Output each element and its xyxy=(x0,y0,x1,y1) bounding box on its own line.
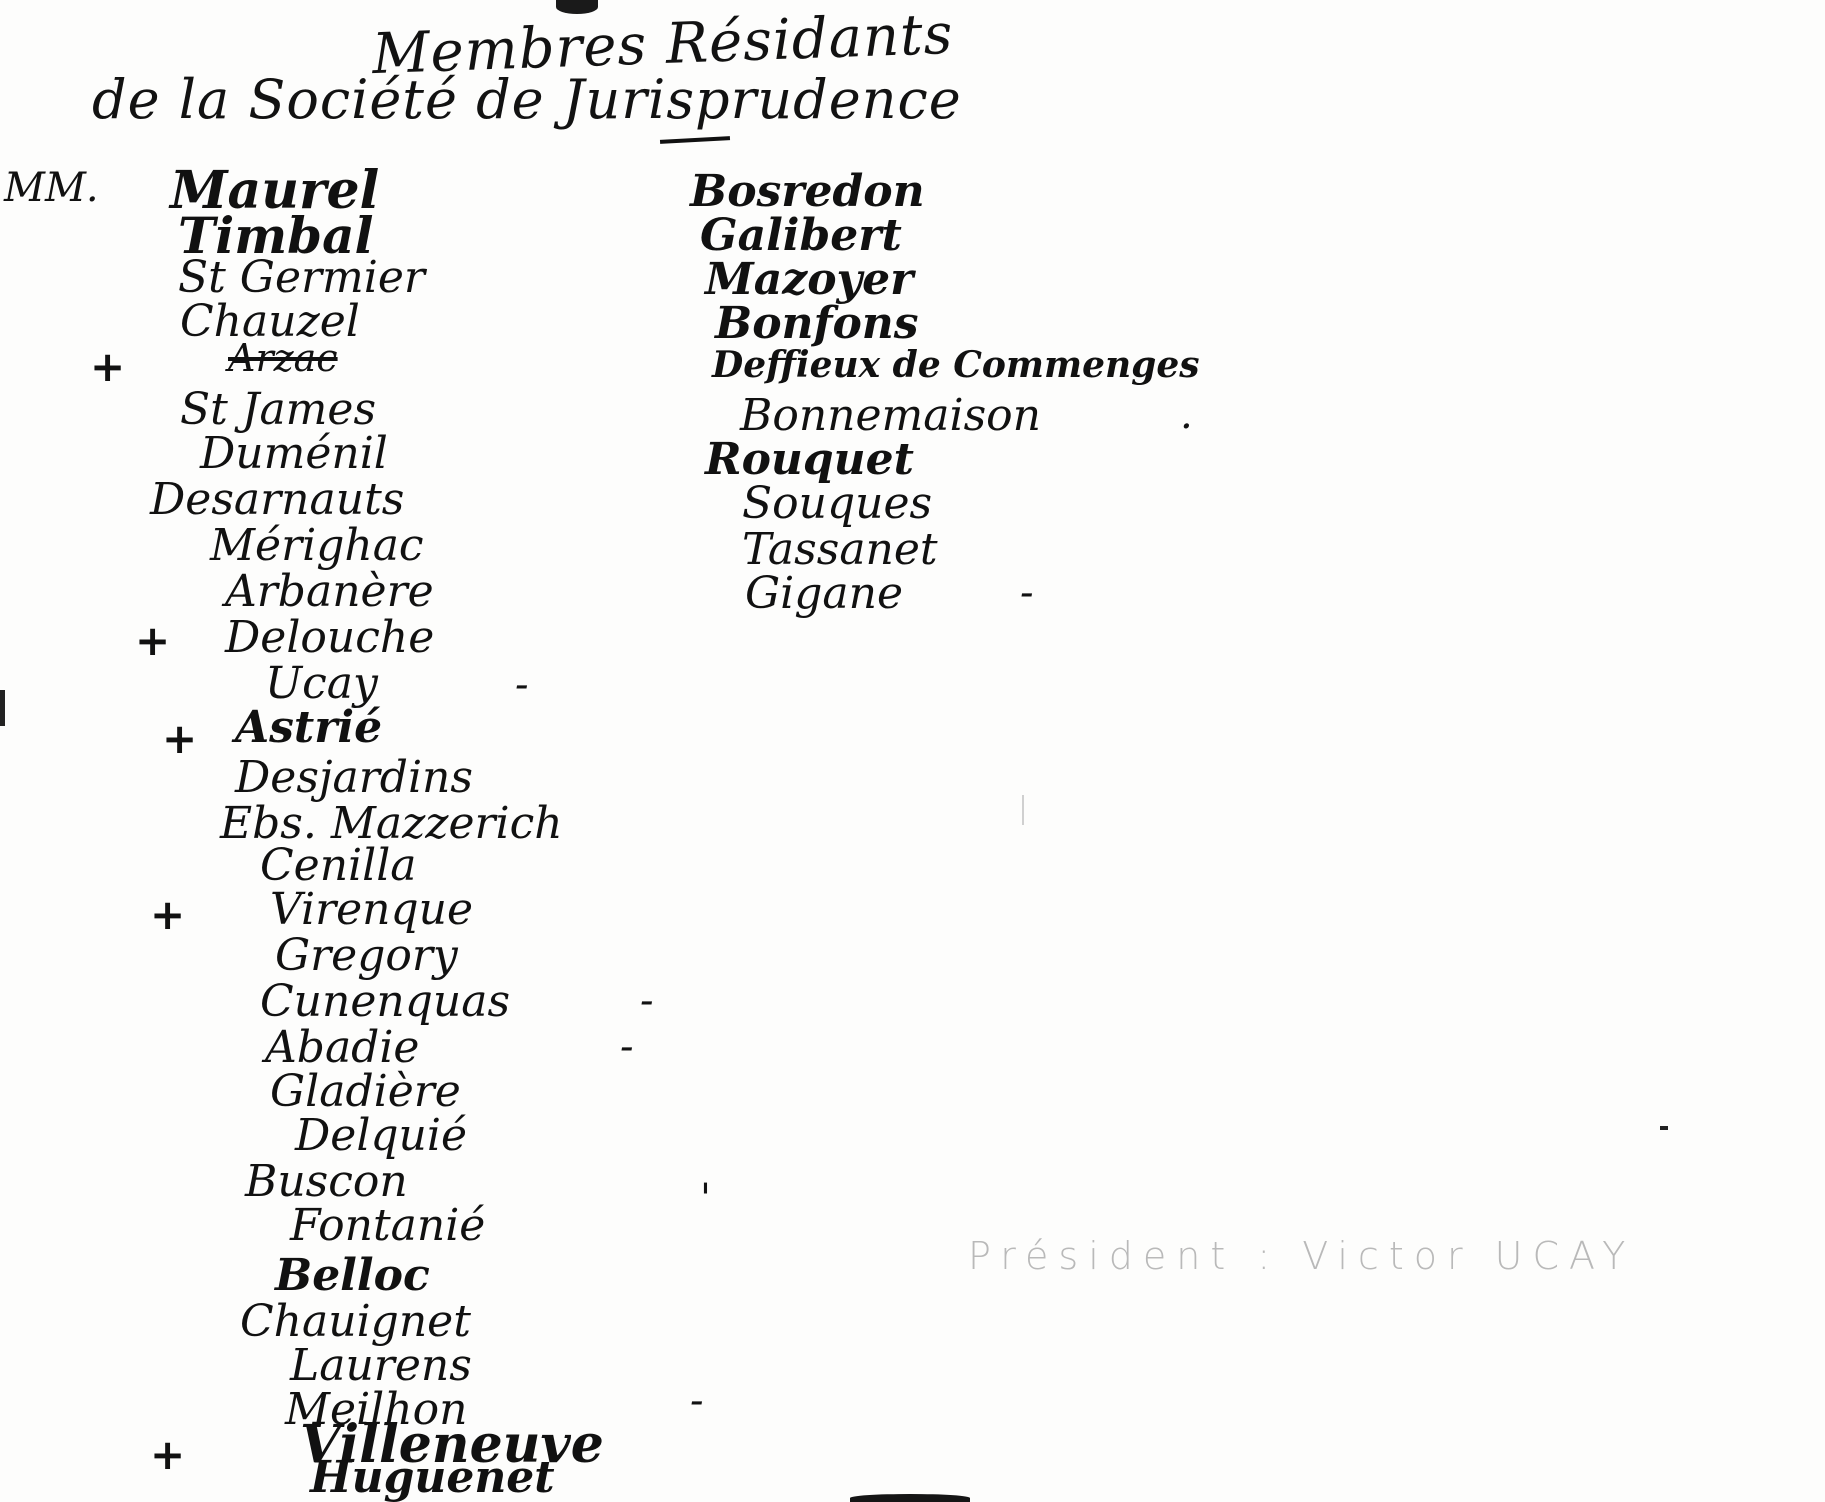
trailing-dash: - xyxy=(620,1024,635,1070)
member-name: Gregory xyxy=(275,930,458,981)
trailing-dash: - xyxy=(690,1378,705,1424)
member-name: Huguenet xyxy=(310,1452,555,1502)
member-name: Gigane xyxy=(745,568,903,619)
pencil-annotation: Président : Victor UCAY xyxy=(968,1234,1635,1278)
member-name: Deffieux de Commenges xyxy=(712,344,1200,386)
member-name: Fontanié xyxy=(290,1200,485,1251)
member-name: Delquié xyxy=(295,1110,467,1161)
title-underline xyxy=(660,136,730,144)
ink-blot xyxy=(556,0,598,14)
scan-speck xyxy=(1660,1126,1668,1130)
member-name: Delouche xyxy=(225,612,434,663)
ink-blot xyxy=(850,1494,970,1502)
member-name-struck: Arzac xyxy=(228,336,338,380)
member-name: Duménil xyxy=(200,428,388,479)
member-name: Bonfons xyxy=(715,298,919,349)
member-name: Souques xyxy=(742,478,932,529)
deceased-cross-icon: + xyxy=(150,1430,185,1479)
trailing-mark: ' xyxy=(700,1176,712,1222)
deceased-cross-icon: + xyxy=(90,342,125,391)
member-name: Virenque xyxy=(270,884,473,935)
scan-edge-mark xyxy=(0,690,5,726)
deceased-cross-icon: + xyxy=(162,714,197,763)
member-name: Astrié xyxy=(235,702,382,753)
deceased-cross-icon: + xyxy=(135,616,170,665)
trailing-dash: - xyxy=(515,662,530,708)
trailing-dash: - xyxy=(1020,570,1035,616)
scan-speck xyxy=(1022,795,1024,825)
member-name: Desarnauts xyxy=(150,474,404,525)
title-line-2: de la Société de Jurisprudence xyxy=(92,68,962,131)
member-name: Arbanère xyxy=(225,566,434,617)
document-page: Membres Résidants de la Société de Juris… xyxy=(0,0,1825,1502)
member-name: Mérighac xyxy=(210,520,424,571)
trailing-dot: . xyxy=(1180,392,1194,438)
trailing-dash: - xyxy=(640,978,655,1024)
honorific-prefix: MM. xyxy=(4,165,99,211)
deceased-cross-icon: + xyxy=(150,890,185,939)
member-name: Desjardins xyxy=(235,752,473,803)
member-name: Cunenquas xyxy=(260,976,510,1027)
member-name: Belloc xyxy=(275,1250,430,1301)
